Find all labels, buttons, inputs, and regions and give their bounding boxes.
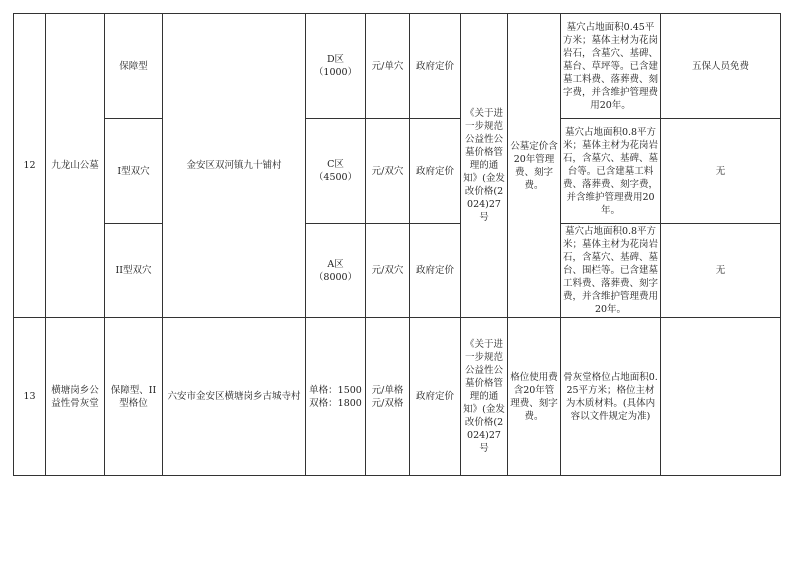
- location: 金安区双河镇九十铺村: [163, 14, 306, 318]
- cemetery-price-table: 12 九龙山公墓 保障型 金安区双河镇九十铺村 D区 （1000） 元/单穴 政…: [13, 13, 781, 476]
- table-row: I型双穴 C区 （4500） 元/双穴 政府定价 墓穴占地面积0.8平方米；墓体…: [14, 119, 781, 224]
- pricing-form: 政府定价: [410, 119, 461, 224]
- price: C区 （4500）: [306, 119, 366, 224]
- unit: 元/双穴: [366, 119, 410, 224]
- pricing-form: 政府定价: [410, 224, 461, 318]
- description: 骨灰堂格位占地面积0.25平方米；格位主材为木质材料。(具体内容以文件规定为准): [561, 318, 661, 476]
- grave-type: 保障型: [105, 14, 163, 119]
- row-number: 13: [14, 318, 46, 476]
- table-row: 13 横塘岗乡公益性骨灰堂 保障型、II型格位 六安市金安区横塘岗乡古城寺村 单…: [14, 318, 781, 476]
- policy-document: 《关于进一步规范公益性公墓价格管理的通知》(金发改价格(2024)27号: [461, 14, 508, 318]
- remark: 五保人员免费: [661, 14, 781, 119]
- fee-includes: 格位使用费含20年管理费、刻字费。: [508, 318, 561, 476]
- location: 六安市金安区横塘岗乡古城寺村: [163, 318, 306, 476]
- remark: 无: [661, 119, 781, 224]
- remark: 无: [661, 224, 781, 318]
- description: 墓穴占地面积0.45平方米；墓体主材为花岗岩石，含墓穴、基碑、墓台、草坪等。已含…: [561, 14, 661, 119]
- description: 墓穴占地面积0.8平方米；墓体主材为花岗岩石，含墓穴、基碑、墓台等。已含建墓工料…: [561, 119, 661, 224]
- grave-type: II型双穴: [105, 224, 163, 318]
- unit: 元/双穴: [366, 224, 410, 318]
- description: 墓穴占地面积0.8平方米；墓体主材为花岗岩石，含墓穴、基碑、墓台、围栏等。已含建…: [561, 224, 661, 318]
- price: A区 （8000）: [306, 224, 366, 318]
- unit: 元/单格 元/双格: [366, 318, 410, 476]
- remark: [661, 318, 781, 476]
- cemetery-name: 九龙山公墓: [46, 14, 105, 318]
- fee-includes: 公墓定价含20年管理费、刻字费。: [508, 14, 561, 318]
- pricing-form: 政府定价: [410, 318, 461, 476]
- cemetery-name: 横塘岗乡公益性骨灰堂: [46, 318, 105, 476]
- row-number: 12: [14, 14, 46, 318]
- pricing-form: 政府定价: [410, 14, 461, 119]
- policy-document: 《关于进一步规范公益性公墓价格管理的通知》(金发改价格(2024)27号: [461, 318, 508, 476]
- grave-type: I型双穴: [105, 119, 163, 224]
- price: D区 （1000）: [306, 14, 366, 119]
- grave-type: 保障型、II型格位: [105, 318, 163, 476]
- unit: 元/单穴: [366, 14, 410, 119]
- price: 单格：1500 双格：1800: [306, 318, 366, 476]
- table-row: 12 九龙山公墓 保障型 金安区双河镇九十铺村 D区 （1000） 元/单穴 政…: [14, 14, 781, 119]
- table-row: II型双穴 A区 （8000） 元/双穴 政府定价 墓穴占地面积0.8平方米；墓…: [14, 224, 781, 318]
